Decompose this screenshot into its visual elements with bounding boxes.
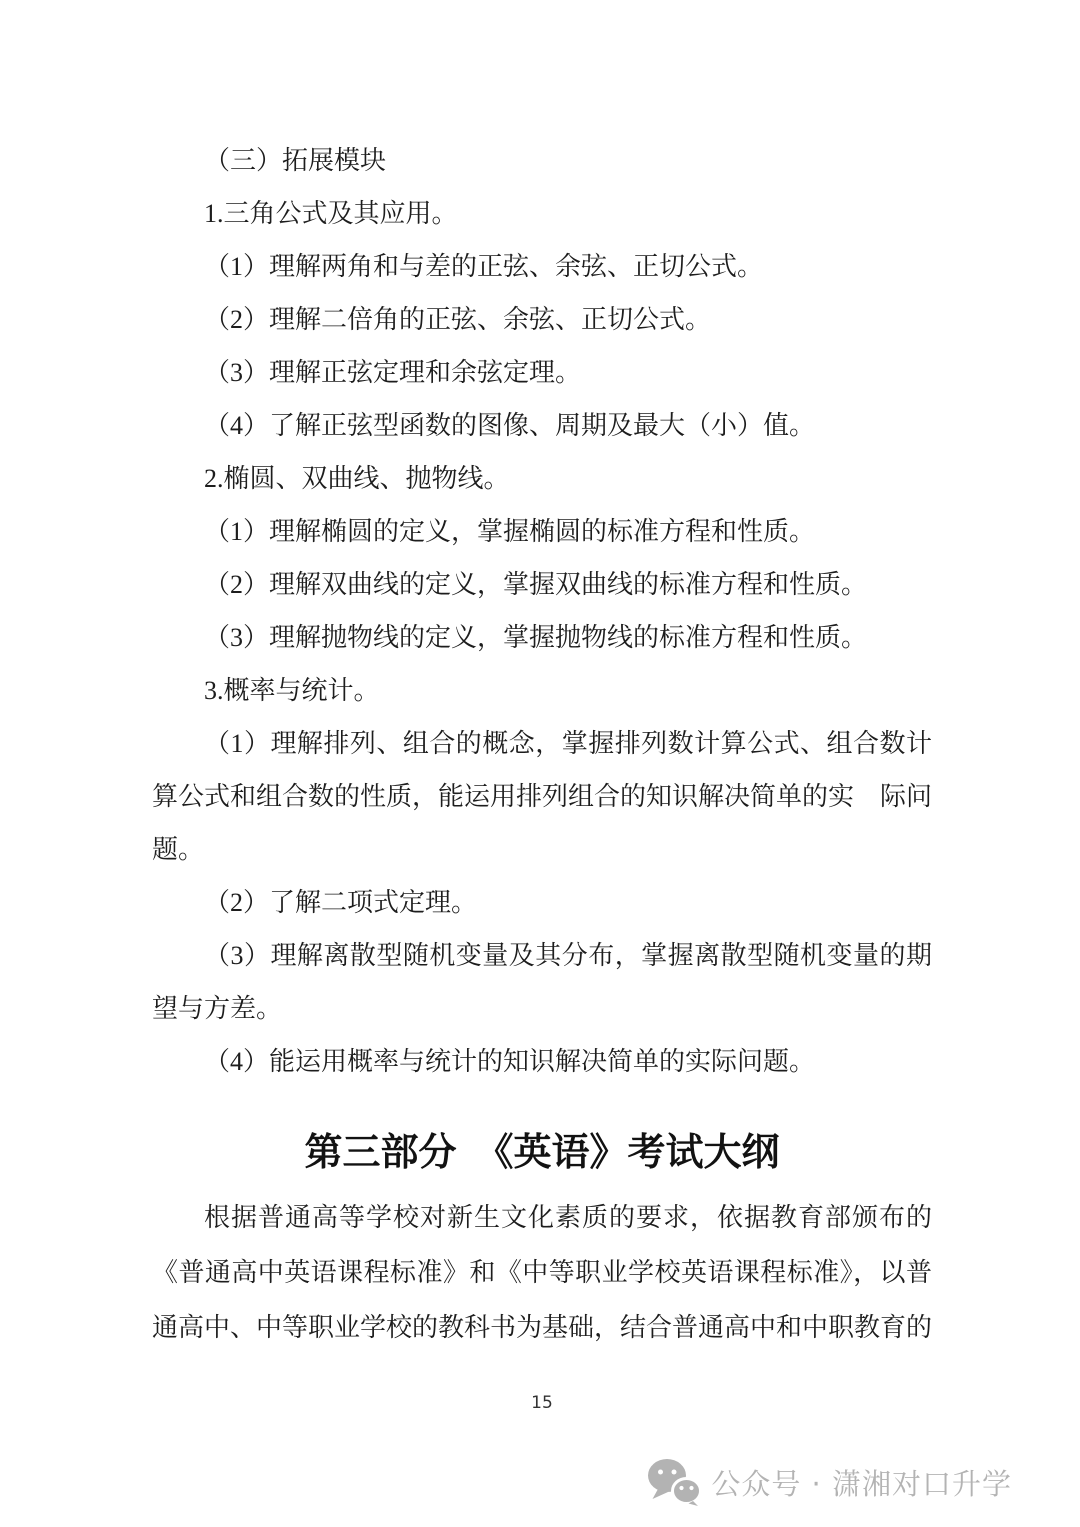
- text-line: （3）理解正弦定理和余弦定理。: [152, 346, 932, 399]
- paragraph-line: 通高中、中等职业学校的教科书为基础，结合普通高中和中职教育的: [152, 1300, 932, 1355]
- page-number: 15: [152, 1393, 932, 1413]
- text-line: （1）理解两角和与差的正弦、余弦、正切公式。: [152, 240, 932, 293]
- text-line: （4）了解正弦型函数的图像、周期及最大（小）值。: [152, 399, 932, 452]
- text-line: （2）理解双曲线的定义，掌握双曲线的标准方程和性质。: [152, 558, 932, 611]
- section-heading: 第三部分 《英语》考试大纲: [152, 1124, 932, 1182]
- text-line: （4）能运用概率与统计的知识解决简单的实际问题。: [152, 1035, 932, 1088]
- wechat-watermark: 公众号 · 潇湘对口升学: [647, 1458, 1012, 1506]
- text-line: 2.椭圆、双曲线、抛物线。: [152, 452, 932, 505]
- text-line: （3）理解离散型随机变量及其分布，掌握离散型随机变量的期: [152, 929, 932, 982]
- text-line: 算公式和组合数的性质，能运用排列组合的知识解决简单的实 际问: [152, 770, 932, 823]
- text-line: （1）理解椭圆的定义，掌握椭圆的标准方程和性质。: [152, 505, 932, 558]
- text-line: （三）拓展模块: [152, 134, 932, 187]
- text-line: 3.概率与统计。: [152, 664, 932, 717]
- paragraph-line: 根据普通高等学校对新生文化素质的要求，依据教育部颁布的: [152, 1190, 932, 1245]
- text-line: 题。: [152, 823, 932, 876]
- text-line: 1.三角公式及其应用。: [152, 187, 932, 240]
- document-page: （三）拓展模块 1.三角公式及其应用。 （1）理解两角和与差的正弦、余弦、正切公…: [0, 0, 1080, 1413]
- text-line: （2）理解二倍角的正弦、余弦、正切公式。: [152, 293, 932, 346]
- text-line: 望与方差。: [152, 982, 932, 1035]
- text-line: （2）了解二项式定理。: [152, 876, 932, 929]
- text-line: （1）理解排列、组合的概念，掌握排列数计算公式、组合数计: [152, 717, 932, 770]
- watermark-label: 公众号 · 潇湘对口升学: [711, 1462, 1012, 1503]
- english-intro-paragraph: 根据普通高等学校对新生文化素质的要求，依据教育部颁布的 《普通高中英语课程标准》…: [152, 1190, 932, 1355]
- text-line: （3）理解抛物线的定义，掌握抛物线的标准方程和性质。: [152, 611, 932, 664]
- document-body: （三）拓展模块 1.三角公式及其应用。 （1）理解两角和与差的正弦、余弦、正切公…: [0, 0, 1080, 1413]
- wechat-icon: [647, 1458, 701, 1506]
- paragraph-line: 《普通高中英语课程标准》和《中等职业学校英语课程标准》，以普: [152, 1245, 932, 1300]
